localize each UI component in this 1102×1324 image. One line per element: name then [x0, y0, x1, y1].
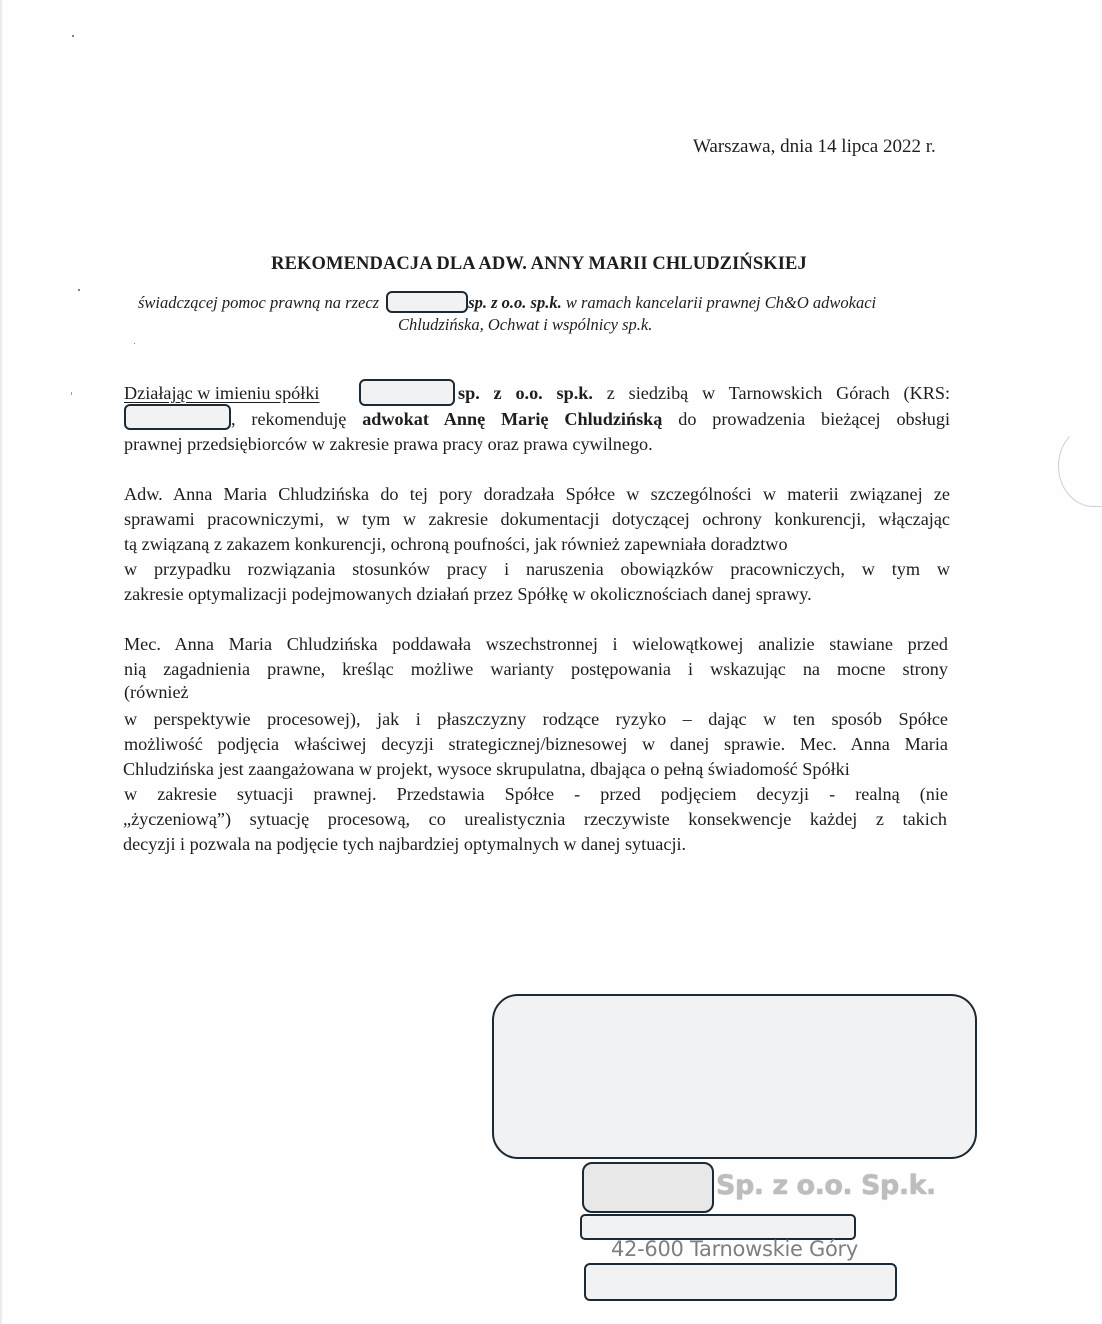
- paragraph-3-line-3: (również: [124, 682, 189, 703]
- scan-artifact-arc: [1058, 425, 1102, 507]
- paragraph-2-line-5: zakresie optymalizacji podejmowanych dzi…: [124, 584, 812, 605]
- redacted-krs-number: [124, 404, 231, 430]
- paragraph-1-line-1-rest: sp. z o.o. sp.k. z siedzibą w Tarnowskic…: [458, 383, 950, 404]
- paragraph-2-line-1: Adw. Anna Maria Chludzińska do tej pory …: [124, 484, 950, 505]
- paragraph-text: do prowadzenia bieżącej obsługi: [662, 409, 950, 429]
- subtitle-text: świadczącej pomoc prawną na rzecz: [138, 293, 379, 312]
- stamp-city: 42-600 Tarnowskie Góry: [611, 1237, 858, 1261]
- paragraph-3-line-1: Mec. Anna Maria Chludzińska poddawała ws…: [124, 634, 948, 655]
- scan-speck: [72, 35, 74, 37]
- paragraph-text: , rekomenduję: [231, 409, 362, 429]
- paragraph-3-line-6: Chludzińska jest zaangażowana w projekt,…: [123, 759, 850, 780]
- paragraph-3-line-4: w perspektywie procesowej), jak i płaszc…: [124, 709, 948, 730]
- place-date: Warszawa, dnia 14 lipca 2022 r.: [693, 136, 936, 158]
- redacted-company-name: [359, 379, 455, 406]
- subtitle-line-1: świadczącej pomoc prawną na rzecz sp. z …: [138, 291, 876, 313]
- recommended-lawyer: adwokat Annę Marię Chludzińską: [362, 409, 662, 429]
- redacted-stamp-company-name: [582, 1162, 714, 1213]
- paragraph-3-line-8: „życzeniową”) sytuację procesową, co ure…: [123, 809, 947, 830]
- paragraph-2-line-2: sprawami pracowniczymi, w tym w zakresie…: [124, 509, 950, 530]
- paragraph-3-line-7: w zakresie sytuacji prawnej. Przedstawia…: [124, 784, 948, 805]
- paragraph-1-line-3: prawnej przedsiębiorców w zakresie prawa…: [124, 434, 653, 455]
- paragraph-2-line-3: tą związaną z zakazem konkurencji, ochro…: [124, 534, 788, 555]
- document-title: REKOMENDACJA DLA ADW. ANNY MARII CHLUDZI…: [0, 254, 1078, 275]
- page-edge: [0, 0, 2, 1324]
- subtitle-line-2: Chludzińska, Ochwat i wspólnicy sp.k.: [398, 315, 652, 335]
- document-page: Warszawa, dnia 14 lipca 2022 r. REKOMEND…: [0, 0, 1102, 1324]
- redacted-company-name: [386, 291, 468, 313]
- subtitle-company-suffix: sp. z o.o. sp.k.: [468, 293, 562, 312]
- scan-speck: [78, 289, 80, 291]
- company-suffix: sp. z o.o. sp.k.: [458, 383, 593, 403]
- paragraph-text: Działając w imieniu spółki: [124, 383, 319, 403]
- paragraph-3-line-9: decyzji i pozwala na podjęcie tych najba…: [123, 834, 686, 855]
- paragraph-3-line-5: możliwość podjęcia właściwej decyzji str…: [124, 734, 948, 755]
- paragraph-text: z siedzibą w Tarnowskich Górach (KRS:: [593, 383, 950, 403]
- redacted-signature: [492, 994, 977, 1159]
- paragraph-1-line-2: , rekomenduję adwokat Annę Marię Chludzi…: [231, 409, 950, 430]
- scan-speck: [134, 343, 135, 344]
- stamp-company-suffix: Sp. z o.o. Sp.k.: [716, 1170, 936, 1201]
- redacted-stamp-registry: [584, 1263, 897, 1301]
- paragraph-3-line-2: nią zagadnienia prawne, kreśląc możliwe …: [124, 659, 948, 680]
- paragraph-2-line-4: w przypadku rozwiązania stosunków pracy …: [124, 559, 950, 580]
- subtitle-text: w ramach kancelarii prawnej Ch&O adwokac…: [562, 293, 876, 312]
- scan-speck: [71, 392, 72, 395]
